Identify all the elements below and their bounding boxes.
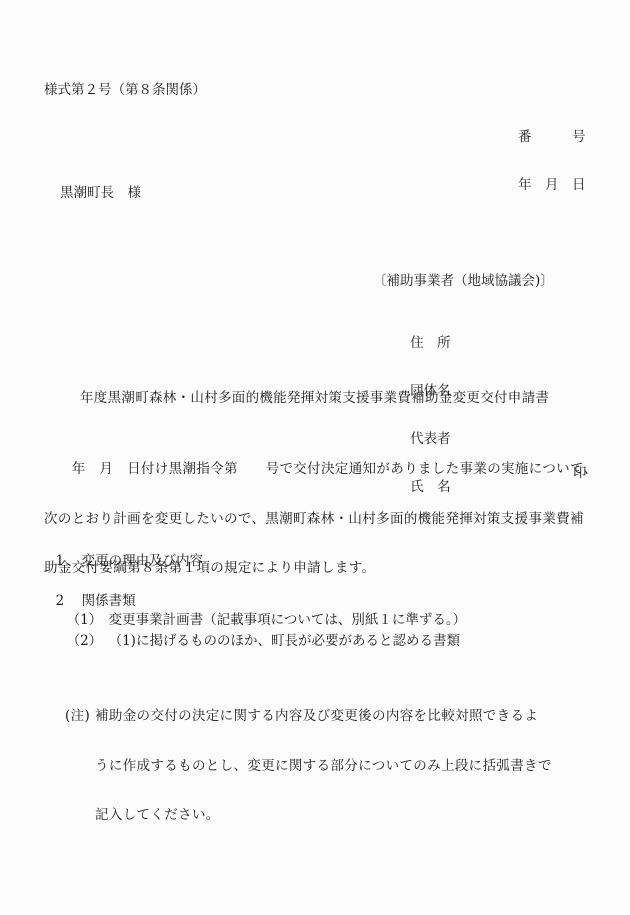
section-label: 変更の理由及び内容 bbox=[82, 553, 204, 569]
related-document-item: （2）（1)に掲げるもののほか、町長が必要があると認める書類 bbox=[58, 621, 460, 648]
field-organization: 団体名 bbox=[373, 371, 554, 392]
field-address: 住 所 bbox=[373, 323, 554, 344]
document-number: 番 号 bbox=[518, 131, 586, 152]
note-line: 記入してください。 bbox=[65, 809, 552, 832]
item-number: （2） bbox=[67, 635, 109, 649]
applicant-heading: 〔補助事業者（地域協議会)〕 bbox=[373, 275, 554, 296]
field-label: 住 所 bbox=[410, 335, 451, 351]
form-id: 様式第２号（第８条関係） bbox=[44, 84, 206, 98]
note-block: (注)補助金の交付の決定に関する内容及び変更後の内容を比較対照できるよ うに作成… bbox=[65, 683, 552, 845]
section-change-reason: 1変更の理由及び内容 bbox=[47, 541, 203, 568]
document-number-date: 番 号 年 月 日 bbox=[518, 104, 586, 214]
note-text: 補助金の交付の決定に関する内容及び変更後の内容を比較対照できるよ bbox=[95, 708, 538, 724]
item-text: （1)に掲げるもののほか、町長が必要があると認める書類 bbox=[109, 633, 460, 649]
section-number: 1 bbox=[56, 555, 82, 569]
body-line: 次のとおり計画を変更したいので、黒潮町森林・山村多面的機能発揮対策支援事業費補 bbox=[44, 513, 630, 536]
addressee: 黒潮町長 様 bbox=[60, 187, 141, 201]
note-line: うに作成するものとし、変更に関する部分についてのみ上段に括弧書きで bbox=[65, 760, 552, 783]
note-line: (注)補助金の交付の決定に関する内容及び変更後の内容を比較対照できるよ bbox=[65, 710, 552, 733]
body-paragraph: 年 月 日付け黒潮指令第 号で交付決定通知がありました事業の実施について、 次の… bbox=[44, 436, 630, 598]
document-date: 年 月 日 bbox=[518, 179, 586, 200]
note-label: (注) bbox=[65, 710, 95, 724]
body-line: 年 月 日付け黒潮指令第 号で交付決定通知がありました事業の実施について、 bbox=[44, 463, 630, 486]
document-title: 年度黒潮町森林・山村多面的機能発揮対策支援事業費補助金変更交付申請書 bbox=[80, 392, 549, 406]
